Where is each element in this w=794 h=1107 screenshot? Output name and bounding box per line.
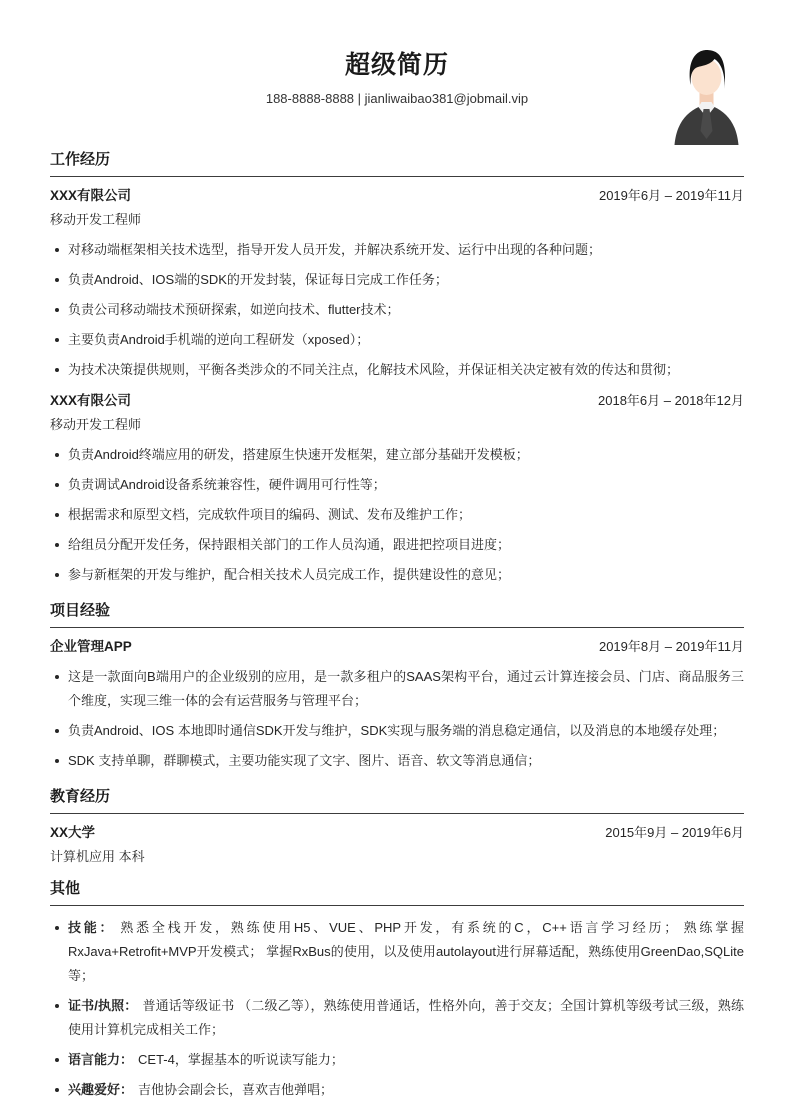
other-item-label: 语言能力：: [68, 1052, 133, 1067]
project-name: 企业管理APP: [50, 638, 132, 655]
bullet-item: 给组员分配开发任务，保持跟相关部门的工作人员沟通，跟进把控项目进度；: [50, 533, 744, 557]
resume-page: 超级简历 188-8888-8888 | jianliwaibao381@job…: [0, 0, 794, 1107]
bullet-list: 负责Android终端应用的研发，搭建原生快速开发框架，建立部分基础开发模板； …: [50, 443, 744, 587]
date-range: 2019年8月 – 2019年11月: [599, 638, 744, 655]
bullet-item: 为技术决策提供规则，平衡各类涉众的不同关注点，化解技术风险，并保证相关决定被有效…: [50, 358, 744, 382]
other-item-text: 普通话等级证书 （二级乙等），熟练使用普通话，性格外向，善于交友；全国计算机等级…: [68, 998, 744, 1037]
major-degree: 计算机应用 本科: [50, 849, 744, 865]
bullet-item: 负责Android、IOS 本地即时通信SDK开发与维护，SDK实现与服务端的消…: [50, 719, 744, 743]
other-item-text: 吉他协会副会长，喜欢吉他弹唱；: [138, 1082, 333, 1097]
bullet-item: 负责Android、IOS端的SDK的开发封装，保证每日完成工作任务；: [50, 268, 744, 292]
work-entry-2: XXX有限公司 2018年6月 – 2018年12月 移动开发工程师 负责And…: [50, 392, 744, 587]
school-name: XX大学: [50, 824, 95, 841]
other-item-skills: 技能：熟悉全栈开发，熟练使用H5、VUE、PHP开发，有系统的C，C++语言学习…: [50, 916, 744, 988]
page-title: 超级简历: [50, 50, 744, 80]
education-entry-1: XX大学 2015年9月 – 2019年6月 计算机应用 本科: [50, 824, 744, 865]
bullet-item: 负责调试Android设备系统兼容性，硬件调用可行性等；: [50, 473, 744, 497]
date-range: 2018年6月 – 2018年12月: [598, 392, 744, 409]
entry-header: XX大学 2015年9月 – 2019年6月: [50, 824, 744, 841]
contact-info: 188-8888-8888 | jianliwaibao381@jobmail.…: [50, 90, 744, 107]
bullet-item: 对移动端框架相关技术选型，指导开发人员开发，并解决系统开发、运行中出现的各种问题…: [50, 238, 744, 262]
bullet-item: 参与新框架的开发与维护，配合相关技术人员完成工作，提供建设性的意见；: [50, 563, 744, 587]
other-item-label: 兴趣爱好：: [68, 1082, 133, 1097]
entry-header: XXX有限公司 2018年6月 – 2018年12月: [50, 392, 744, 409]
section-projects: 项目经验 企业管理APP 2019年8月 – 2019年11月 这是一款面向B端…: [50, 602, 744, 773]
bullet-item: 负责公司移动端技术预研探索，如逆向技术、flutter技术；: [50, 298, 744, 322]
date-range: 2019年6月 – 2019年11月: [599, 187, 744, 204]
section-title-education: 教育经历: [50, 788, 744, 814]
bullet-item: 根据需求和原型文档，完成软件项目的编码、测试、发布及维护工作；: [50, 503, 744, 527]
male-avatar-icon: [672, 45, 741, 145]
bullet-item: 主要负责Android手机端的逆向工程研发（xposed）；: [50, 328, 744, 352]
date-range: 2015年9月 – 2019年6月: [605, 824, 744, 841]
other-item-label: 证书/执照：: [68, 998, 137, 1013]
section-education: 教育经历 XX大学 2015年9月 – 2019年6月 计算机应用 本科: [50, 788, 744, 865]
work-entry-1: XXX有限公司 2019年6月 – 2019年11月 移动开发工程师 对移动端框…: [50, 187, 744, 382]
entry-header: 企业管理APP 2019年8月 – 2019年11月: [50, 638, 744, 655]
bullet-item: 这是一款面向B端用户的企业级别的应用，是一款多租户的SAAS架构平台，通过云计算…: [50, 665, 744, 713]
job-role: 移动开发工程师: [50, 417, 744, 433]
other-item-language: 语言能力：CET-4，掌握基本的听说读写能力；: [50, 1048, 744, 1072]
other-item-text: 熟悉全栈开发，熟练使用H5、VUE、PHP开发，有系统的C，C++语言学习经历；…: [68, 920, 744, 983]
bullet-item: SDK 支持单聊，群聊模式，主要功能实现了文字、图片、语音、软文等消息通信；: [50, 749, 744, 773]
section-title-work: 工作经历: [50, 151, 744, 177]
section-work: 工作经历 XXX有限公司 2019年6月 – 2019年11月 移动开发工程师 …: [50, 151, 744, 587]
company-name: XXX有限公司: [50, 187, 131, 204]
bullet-list: 对移动端框架相关技术选型，指导开发人员开发，并解决系统开发、运行中出现的各种问题…: [50, 238, 744, 382]
section-other: 其他 技能：熟悉全栈开发，熟练使用H5、VUE、PHP开发，有系统的C，C++语…: [50, 880, 744, 1102]
section-title-projects: 项目经验: [50, 602, 744, 628]
other-list: 技能：熟悉全栈开发，熟练使用H5、VUE、PHP开发，有系统的C，C++语言学习…: [50, 916, 744, 1102]
job-role: 移动开发工程师: [50, 212, 744, 228]
project-entry-1: 企业管理APP 2019年8月 – 2019年11月 这是一款面向B端用户的企业…: [50, 638, 744, 773]
other-item-label: 技能：: [68, 920, 115, 935]
avatar: [672, 45, 741, 145]
other-item-text: CET-4，掌握基本的听说读写能力；: [138, 1052, 344, 1067]
other-item-hobbies: 兴趣爱好：吉他协会副会长，喜欢吉他弹唱；: [50, 1078, 744, 1102]
company-name: XXX有限公司: [50, 392, 131, 409]
entry-header: XXX有限公司 2019年6月 – 2019年11月: [50, 187, 744, 204]
section-title-other: 其他: [50, 880, 744, 906]
bullet-list: 这是一款面向B端用户的企业级别的应用，是一款多租户的SAAS架构平台，通过云计算…: [50, 665, 744, 773]
other-item-certificates: 证书/执照：普通话等级证书 （二级乙等），熟练使用普通话，性格外向，善于交友；全…: [50, 994, 744, 1042]
bullet-item: 负责Android终端应用的研发，搭建原生快速开发框架，建立部分基础开发模板；: [50, 443, 744, 467]
